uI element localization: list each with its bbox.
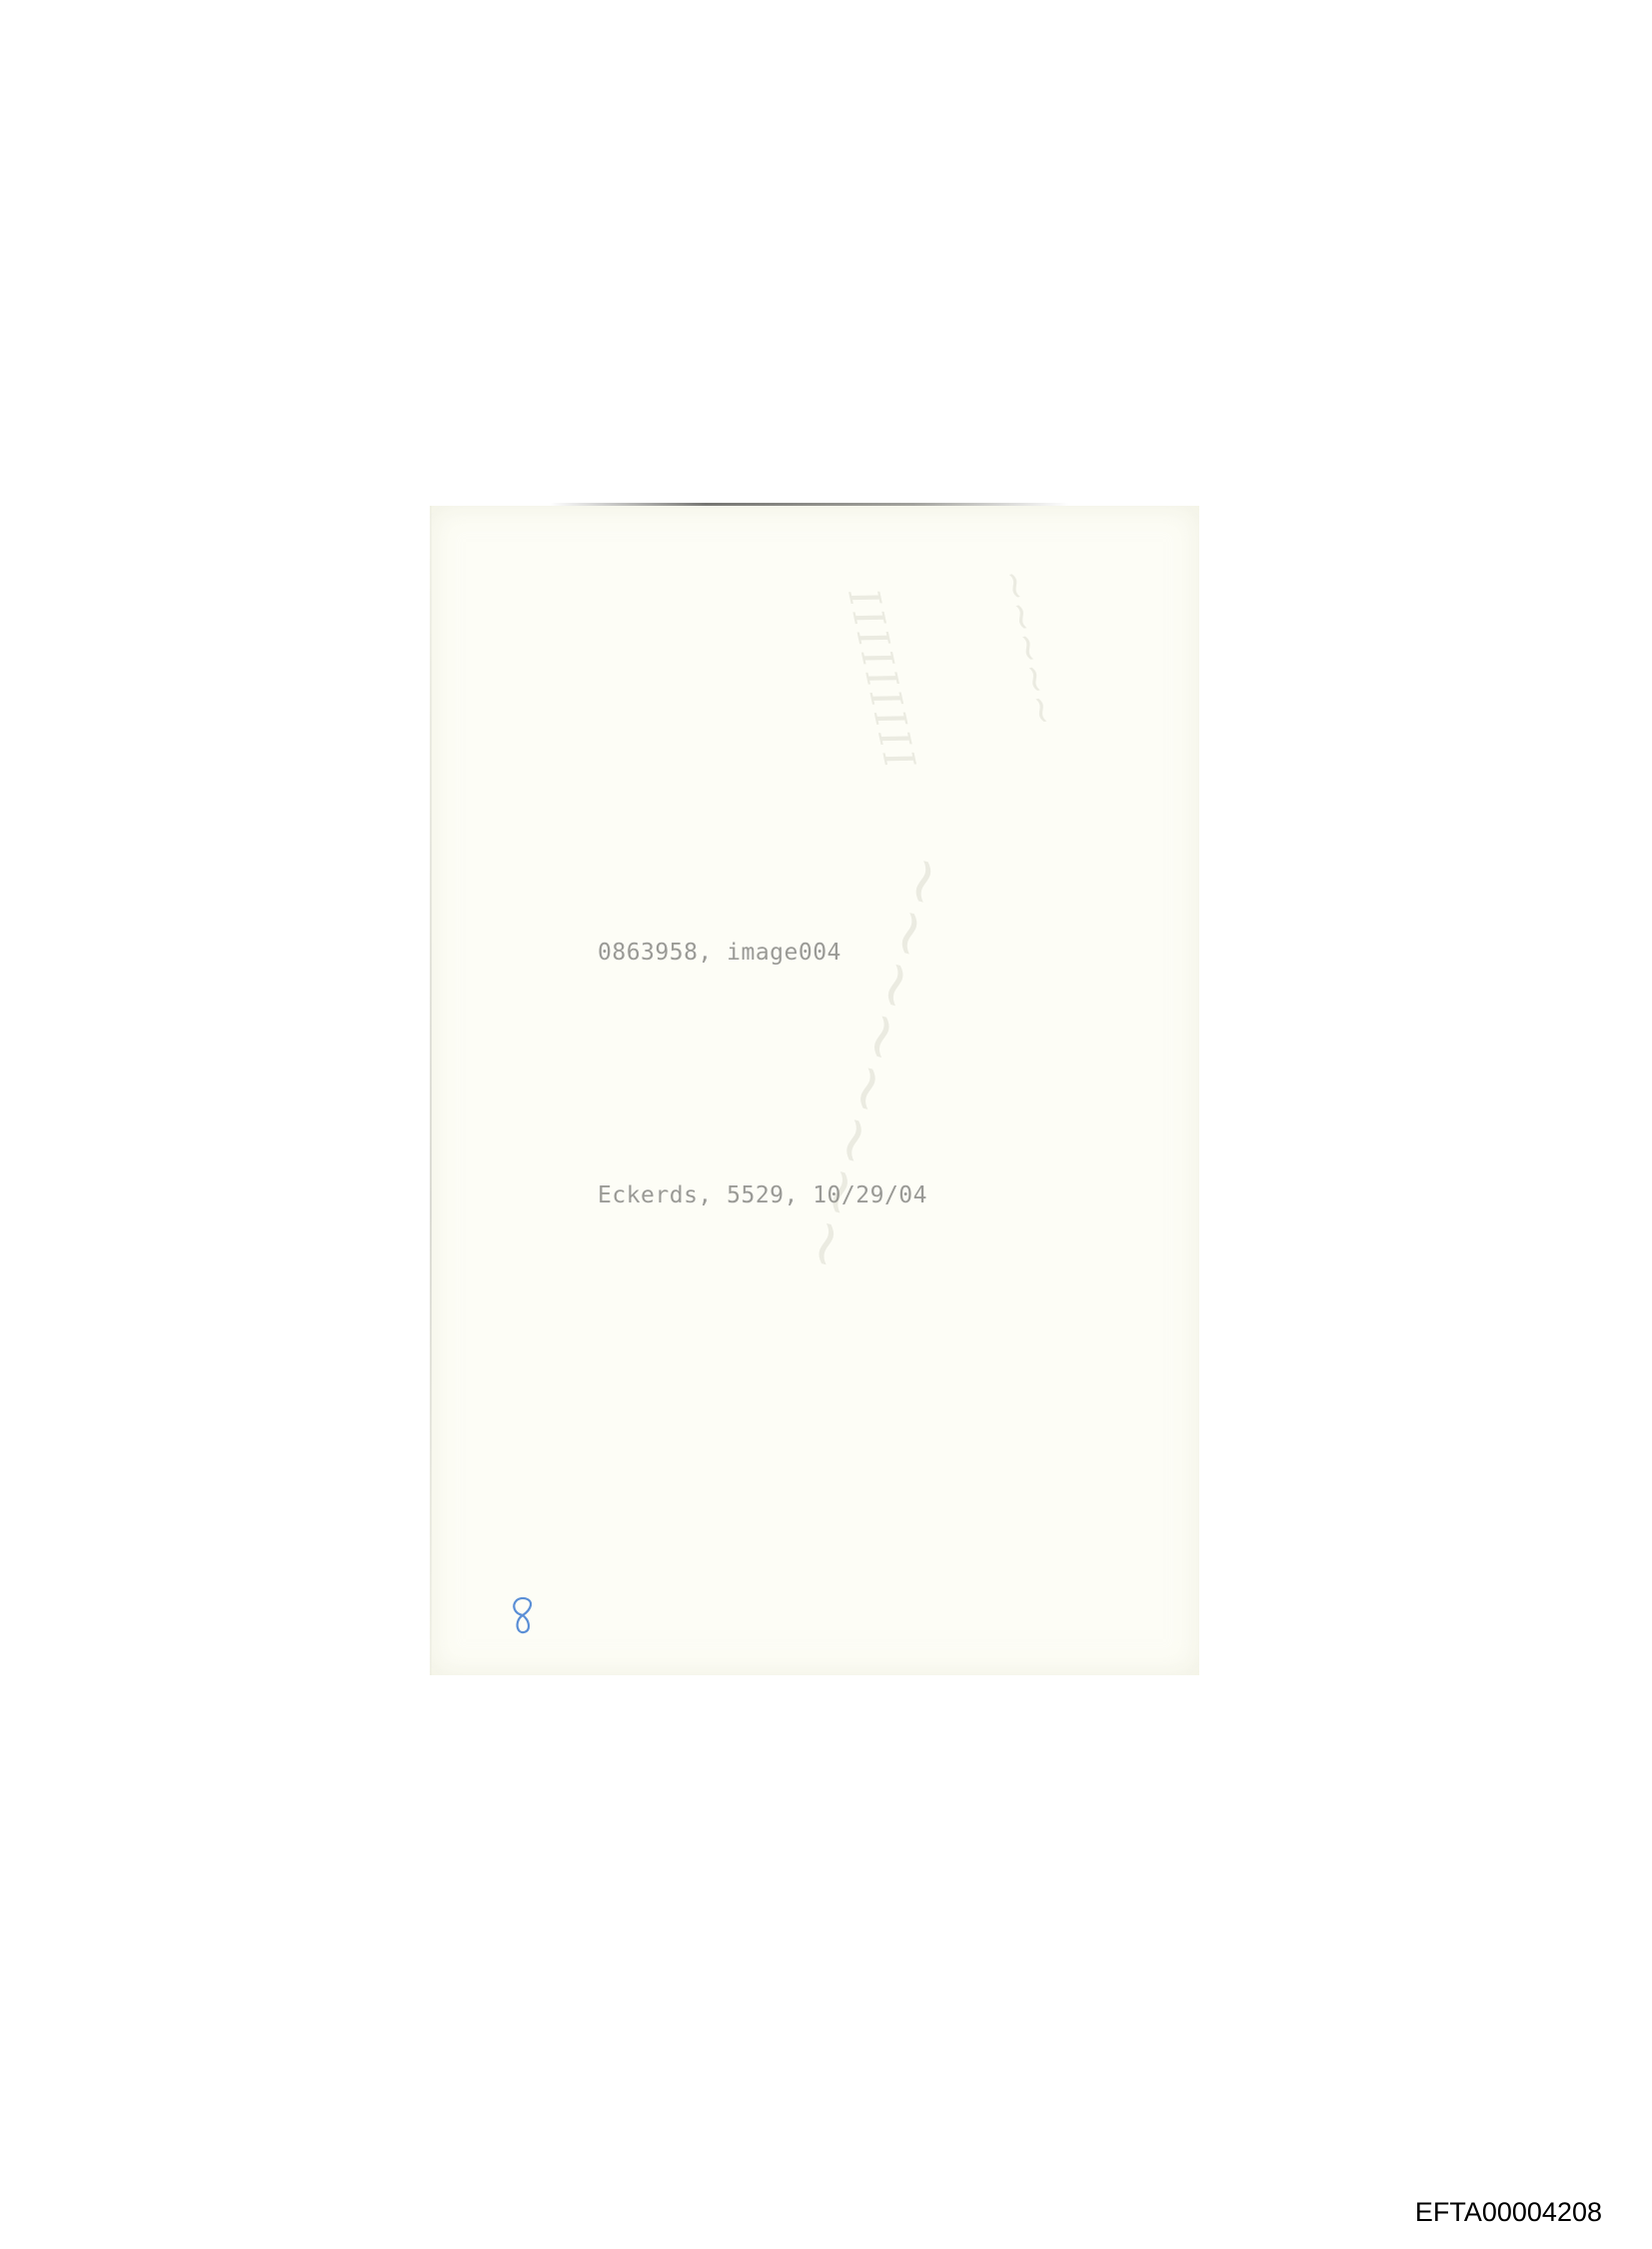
handwritten-number-mark: [510, 1595, 536, 1635]
photo-id-stamp: 0863958, image004: [598, 940, 841, 966]
processor-stamp: Eckerds, 5529, 10/29/04: [598, 1182, 927, 1208]
bleed-through-print: ~~~~~: [991, 566, 1067, 731]
bleed-through-print: IIIIIIIII: [838, 585, 924, 776]
photo-back-card: ~~~~~~~~ IIIIIIIII ~~~~~ 0863958, image0…: [430, 506, 1199, 1675]
bleed-through-handwriting: ~~~~~~~~: [783, 846, 965, 1279]
bates-number: EFTA00004208: [1415, 2197, 1602, 2228]
